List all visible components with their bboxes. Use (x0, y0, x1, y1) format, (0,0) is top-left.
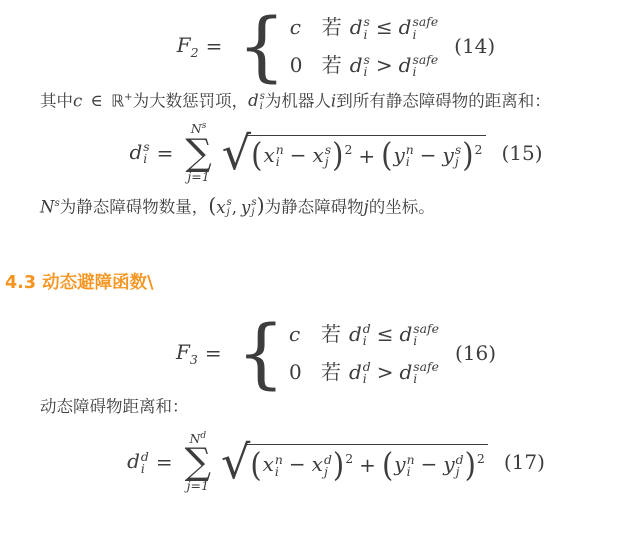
equation-number: (15) (502, 141, 543, 165)
base: F (177, 33, 191, 57)
relation: > (376, 53, 393, 77)
exponent: 2 (345, 451, 353, 466)
sub: i (141, 463, 145, 475)
cases-brace: { (237, 26, 285, 66)
text: 到所有静态障碍物的距离和： (336, 91, 551, 110)
if-word: 若 (321, 360, 341, 384)
sub: j (227, 208, 230, 218)
sup: safe (412, 16, 438, 28)
cases-body: c若dsi≤dsafei 0若dsi>dsafei (290, 14, 438, 79)
text: 为静态障碍物数量， (60, 198, 209, 217)
comma: , (232, 198, 237, 217)
case-value: 0 (290, 52, 320, 78)
case-row-1: c若ddi≤dsafei (289, 321, 439, 348)
base: F (176, 340, 190, 364)
equation-number: (14) (454, 34, 495, 58)
sigma-sign: ∑ (185, 138, 211, 168)
open-paren: ( (208, 194, 216, 218)
sub: i (260, 102, 263, 112)
sub: i (143, 153, 147, 165)
var-y-s-j: ysj (443, 143, 462, 169)
text: 其中 (40, 91, 73, 110)
sup: d (200, 431, 206, 441)
base: y (443, 143, 454, 167)
base: N (40, 198, 54, 217)
case-row-2: 0若dsi>dsafei (290, 52, 438, 79)
supsub: dj (324, 454, 332, 479)
supsub: si (364, 16, 370, 41)
minus-sign: − (289, 452, 306, 476)
base: ℝ (111, 91, 124, 110)
var-d-s-i: dsi (350, 14, 370, 41)
base: d (399, 322, 412, 346)
section-heading: 4.3 动态避障函数\ (5, 271, 622, 295)
sub: j (455, 156, 459, 168)
supsub: si (143, 141, 149, 166)
base: d (349, 360, 362, 384)
base: y (393, 143, 404, 167)
supsub: dj (456, 454, 464, 479)
equation-15: dsi = Ns ∑ j=1 √ (xni−xsj)2 + (yni−ysj)2… (5, 122, 622, 183)
term-x: xni−xsj (263, 143, 331, 169)
radicand: (xni−xsj)2 + (yni−ysj)2 (246, 135, 485, 171)
sub: i (407, 466, 411, 478)
sub: i (364, 66, 368, 78)
supsub: safei (412, 16, 438, 41)
base: d (399, 360, 412, 384)
supsub: di (141, 451, 149, 476)
supsub: sj (325, 144, 331, 169)
base: x (216, 198, 225, 217)
relation: > (377, 360, 394, 384)
var-x-s-j: xsj (312, 143, 331, 169)
close-paren: ) (465, 449, 476, 481)
base: d (350, 53, 363, 77)
supsub: safei (412, 54, 438, 79)
if-word: 若 (322, 53, 342, 77)
base: x (312, 143, 323, 167)
base: x (312, 452, 323, 476)
plus-sign: + (358, 144, 375, 168)
sub: i (412, 29, 416, 41)
base: d (349, 322, 362, 346)
sup: + (124, 92, 133, 103)
term-y: yni−ydj (394, 452, 463, 478)
var-d-d-i: ddi (127, 449, 149, 475)
var-d-safe-i: dsafei (399, 321, 438, 348)
case-row-1: c若dsi≤dsafei (290, 14, 438, 41)
sup: s (202, 121, 207, 131)
paragraph-dynamic-distance: 动态障碍物距离和： (5, 394, 622, 420)
sub: j (251, 208, 254, 218)
base: y (394, 452, 405, 476)
equals-sign: = (205, 341, 222, 365)
radicand: (xni−xdj)2 + (yni−ydj)2 (245, 444, 488, 480)
relation: ≤ (377, 322, 394, 346)
open-paren: ( (382, 449, 393, 481)
sub: i (413, 335, 417, 347)
square-root: √ (xni−xsj)2 + (yni−ysj)2 (222, 135, 486, 171)
supsub: di (363, 361, 371, 386)
sigma-sign: ∑ (185, 447, 211, 477)
relation: ≤ (376, 15, 393, 39)
sub: i (412, 66, 416, 78)
var-d-safe-i: dsafei (399, 359, 438, 386)
sub: j (456, 466, 460, 478)
cases-brace: { (237, 333, 285, 373)
document-page: F2 = { c若dsi≤dsafei 0若dsi>dsafei (14) 其中… (0, 0, 638, 548)
base: d (399, 53, 412, 77)
base: d (129, 140, 142, 164)
element-of-sign: ∈ (91, 91, 103, 110)
open-paren: ( (381, 140, 392, 172)
base: y (241, 198, 250, 217)
summation: Ns ∑ j=1 (185, 122, 211, 183)
sub: 2 (191, 45, 199, 60)
var-d-safe-i: dsafei (399, 14, 438, 41)
var-d-d-i: ddi (349, 359, 371, 386)
supsub: safei (413, 323, 439, 348)
base: d (350, 15, 363, 39)
equation-number: (16) (455, 341, 496, 365)
equation-16: F3 = { c若ddi≤dsafei 0若ddi>dsafei (16) (5, 321, 622, 386)
var-d-d-i: ddi (349, 321, 371, 348)
var-F3: F3 (176, 340, 198, 367)
var-x-d-j: xdj (312, 452, 332, 478)
term-y: yni−ysj (393, 143, 461, 169)
paragraph-static-count: Ns为静态障碍物数量，(xsj,ysj)为静态障碍物j的坐标。 (5, 191, 622, 221)
close-paren: ) (333, 449, 344, 481)
sub: 3 (190, 352, 198, 367)
term-x: xni−xdj (263, 452, 332, 478)
sub: i (363, 335, 367, 347)
case-value: 0 (289, 359, 319, 385)
text: 为机器人 (265, 91, 331, 110)
var-y-s-j: ysj (241, 195, 257, 221)
text: 为大数惩罚项， (133, 91, 249, 110)
equals-sign: = (156, 450, 173, 474)
equation-14: F2 = { c若dsi≤dsafei 0若dsi>dsafei (14) (5, 14, 622, 79)
minus-sign: − (290, 143, 307, 167)
sub: i (413, 373, 417, 385)
exponent: 2 (477, 451, 485, 466)
equation-17: ddi = Nd ∑ j=1 √ (xni−xdj)2 + (yni−ydj)2… (5, 432, 622, 493)
supsub: di (363, 323, 371, 348)
var-y-d-j: ydj (443, 452, 463, 478)
case-value: c (290, 14, 320, 40)
sum-lower-limit: j=1 (187, 168, 209, 184)
sub: i (275, 466, 279, 478)
minus-sign: − (421, 452, 438, 476)
close-paren: ) (462, 140, 473, 172)
sub: j (324, 466, 328, 478)
exponent: 2 (344, 142, 352, 157)
case-row-2: 0若ddi>dsafei (289, 359, 439, 386)
var-d-s-i: dsi (129, 140, 149, 166)
base: d (399, 15, 412, 39)
supsub: sj (227, 198, 232, 218)
square-root: √ (xni−xdj)2 + (yni−ydj)2 (221, 444, 488, 480)
if-word: 若 (321, 322, 341, 346)
base: x (263, 452, 274, 476)
var-F2: F2 (177, 33, 199, 60)
supsub: si (364, 54, 370, 79)
supsub: ni (276, 144, 284, 169)
equals-sign: = (157, 141, 174, 165)
case-value: c (289, 321, 319, 347)
open-paren: ( (250, 449, 261, 481)
supsub: ni (406, 144, 414, 169)
var-d-s-i: dsi (350, 52, 370, 79)
summation: Nd ∑ j=1 (185, 432, 211, 493)
minus-sign: − (420, 143, 437, 167)
sup: safe (412, 54, 438, 66)
var-x-n-i: xni (263, 143, 283, 169)
sub: i (406, 156, 410, 168)
var-d-s-i: dsi (248, 88, 265, 114)
open-paren: ( (251, 140, 262, 172)
supsub: safei (413, 361, 439, 386)
supsub: ni (407, 454, 415, 479)
var-x-s-j: xsj (216, 195, 232, 221)
exponent: 2 (475, 142, 483, 157)
var-x-n-i: xni (263, 452, 283, 478)
var-R-plus: ℝ+ (111, 85, 133, 115)
sub: i (276, 156, 280, 168)
paragraph-static-distance: 其中c ∈ ℝ+为大数惩罚项，dsi为机器人i到所有静态障碍物的距离和： (5, 85, 622, 115)
close-paren: ) (332, 140, 343, 172)
if-word: 若 (322, 15, 342, 39)
var-N-s: Ns (40, 191, 60, 221)
equals-sign: = (206, 34, 223, 58)
base: d (127, 449, 140, 473)
text: 为静态障碍物 (265, 198, 364, 217)
base: d (248, 91, 259, 110)
sub: i (364, 29, 368, 41)
base: x (263, 143, 274, 167)
var-y-n-i: yni (394, 452, 414, 478)
sub: i (363, 373, 367, 385)
cases-body: c若ddi≤dsafei 0若ddi>dsafei (289, 321, 439, 386)
var-d-safe-i: dsafei (399, 52, 438, 79)
close-paren: ) (257, 194, 265, 218)
text: 的坐标。 (369, 198, 435, 217)
sup: safe (413, 323, 439, 335)
plus-sign: + (359, 453, 376, 477)
equation-number: (17) (504, 450, 545, 474)
sub: j (325, 156, 329, 168)
base: y (443, 452, 454, 476)
sum-lower-limit: j=1 (187, 477, 209, 493)
supsub: ni (275, 454, 283, 479)
var-y-n-i: yni (393, 143, 413, 169)
supsub: sj (455, 144, 461, 169)
sup: safe (413, 361, 439, 373)
var-c: c (73, 91, 82, 110)
